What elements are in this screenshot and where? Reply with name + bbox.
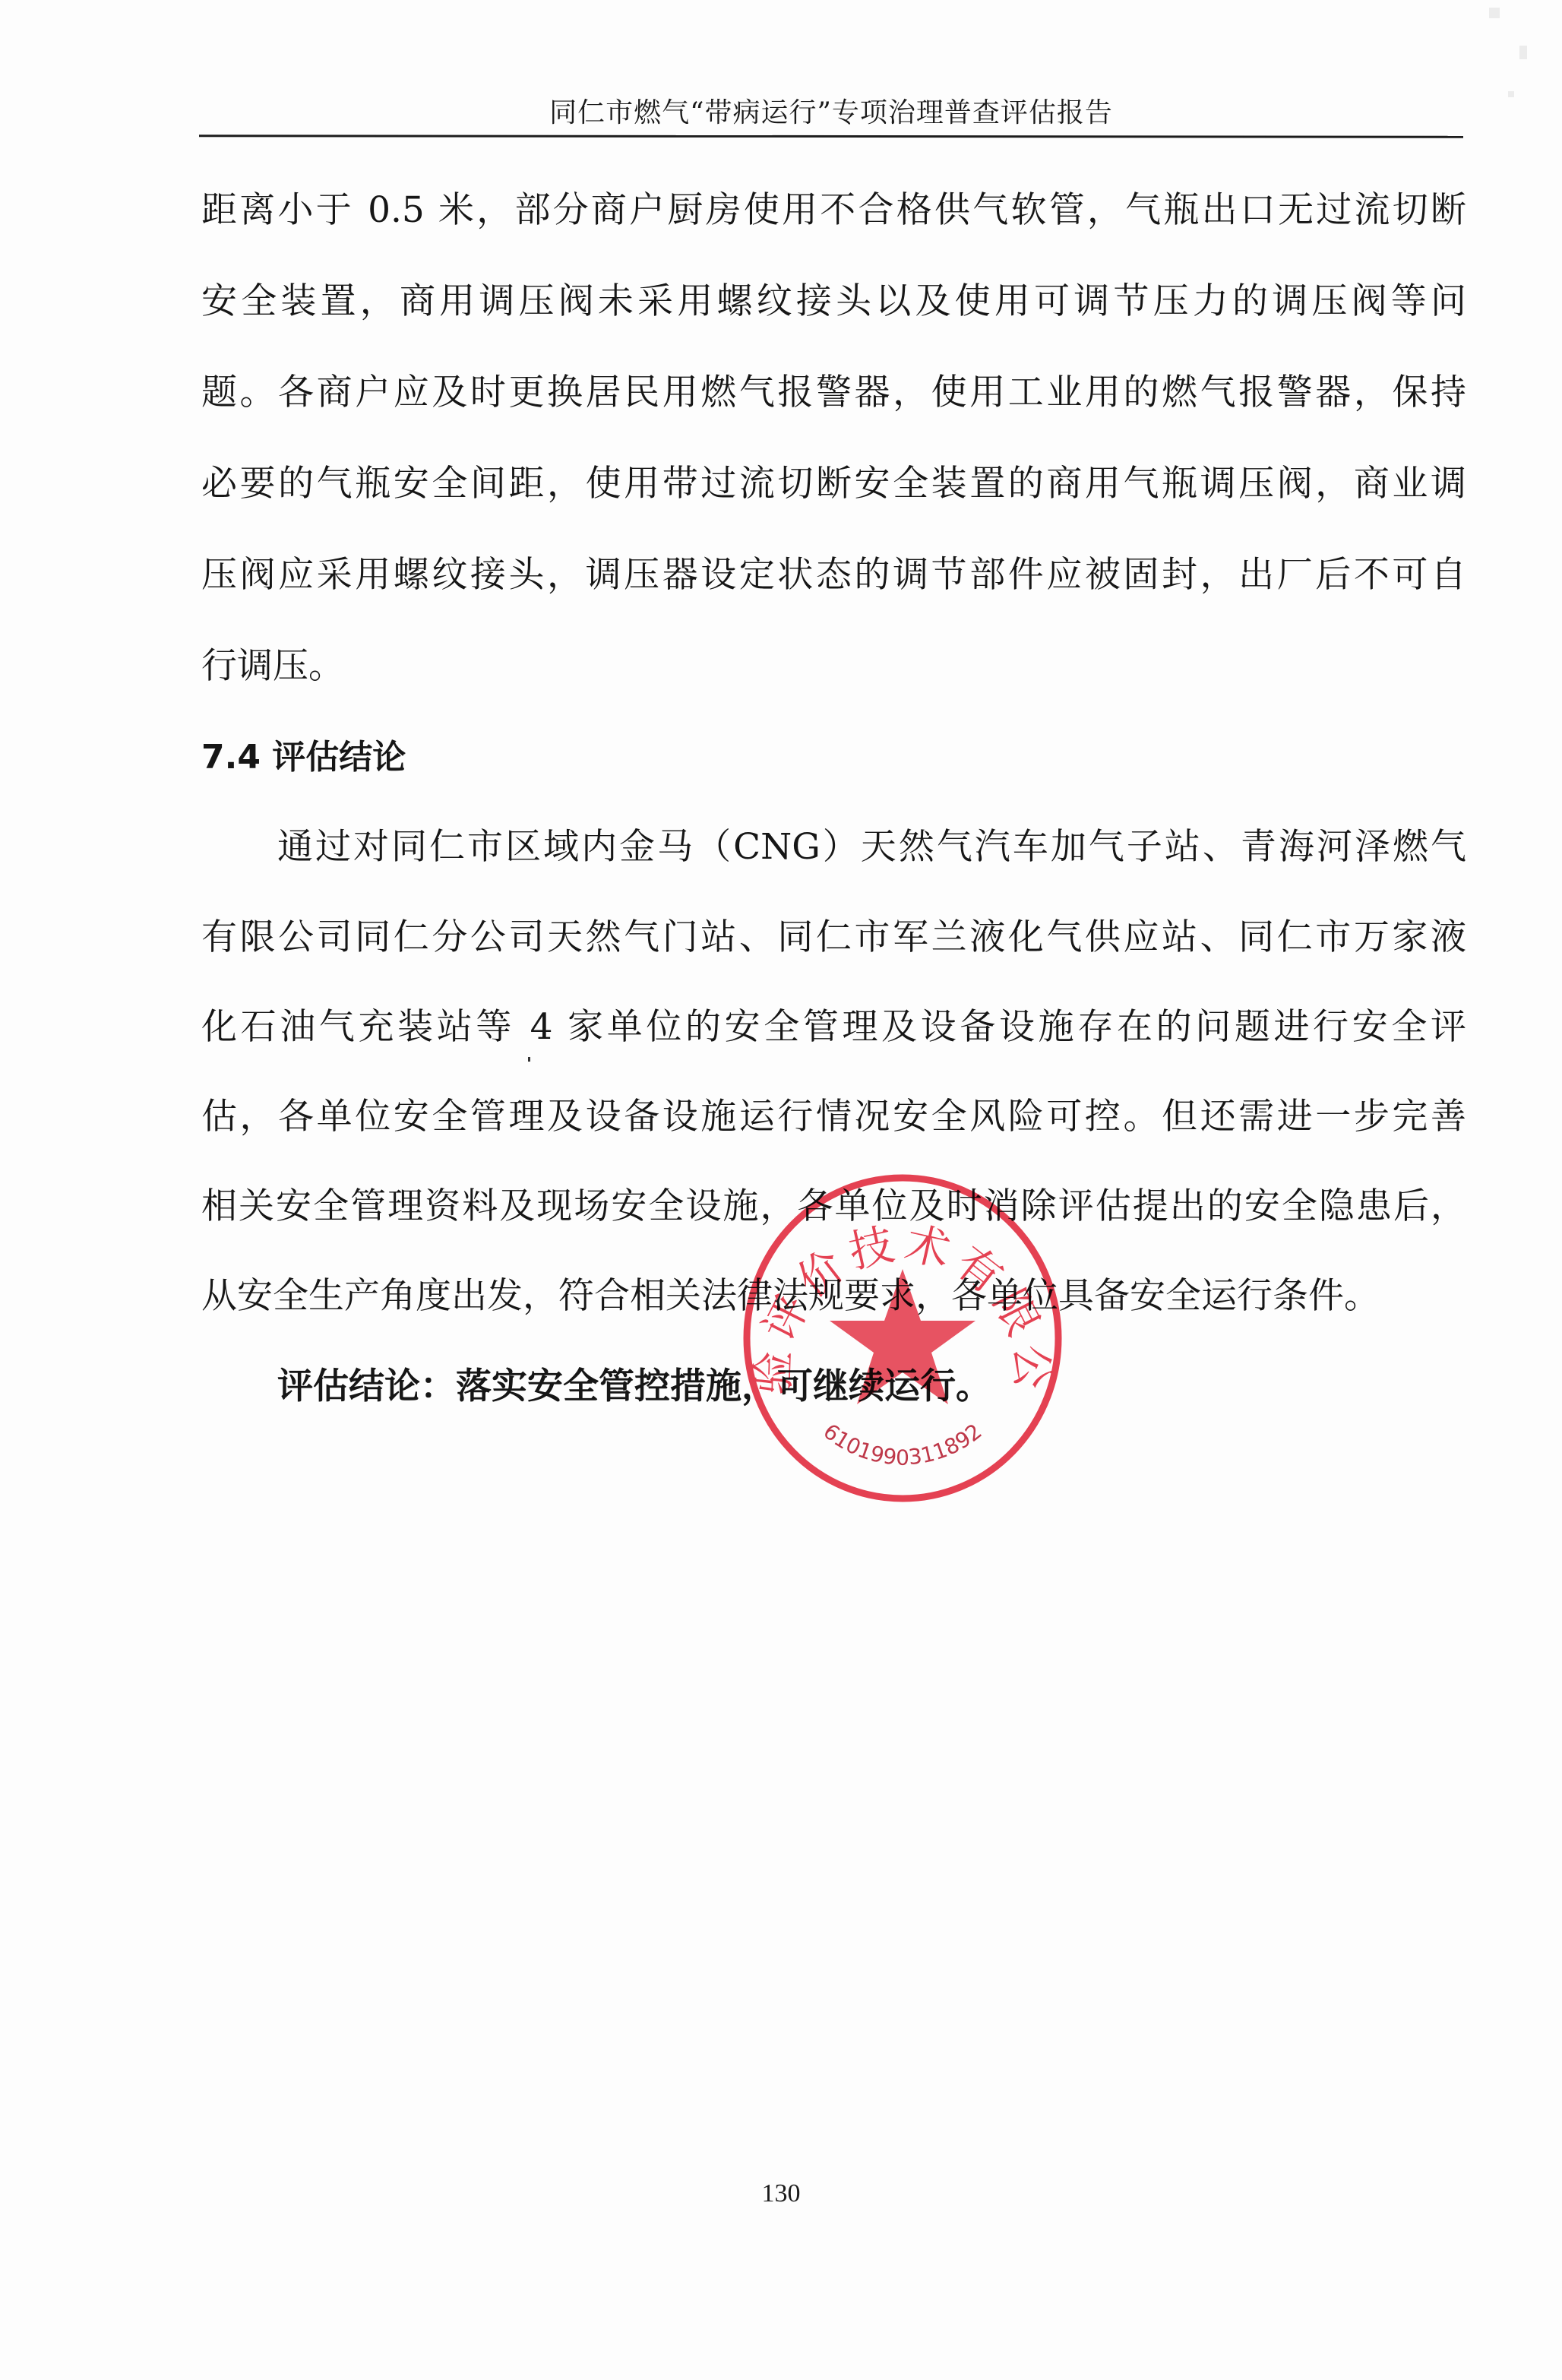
body-text-line: 化石油气充装站等 4 家单位的安全管理及设备设施存在的问题进行安全评 (201, 1003, 1466, 1052)
running-header-title: 同仁市燃气“带病运行”专项治理普查评估报告 (199, 91, 1463, 130)
body-text-line: 通过对同仁市区域内金马（CNG）天然气汽车加气子站、青海河泽燃气 (277, 823, 1466, 872)
body-text-line: 有限公司同仁分公司天然气门站、同仁市军兰液化气供应站、同仁市万家液 (201, 913, 1466, 962)
body-text-line: 距离小于 0.5 米，部分商户厨房使用不合格供气软管，气瓶出口无过流切断 (201, 186, 1466, 235)
company-seal-stamp: 中验评价技术有限公司 6101990311892 (738, 1172, 1067, 1505)
body-text-line: 行调压。 (201, 642, 1466, 691)
page-number: 130 (0, 2179, 1562, 2208)
scan-speck (1519, 46, 1527, 59)
body-text-line: 压阀应采用螺纹接头，调压器设定状态的调节部件应被固封，出厂后不可自 (201, 551, 1466, 600)
document-page: 同仁市燃气“带病运行”专项治理普查评估报告 距离小于 0.5 米，部分商户厨房使… (0, 0, 1562, 2380)
stamp-number: 6101990311892 (818, 1419, 986, 1470)
body-text-line: 必要的气瓶安全间距，使用带过流切断安全装置的商用气瓶调压阀，商业调 (201, 460, 1466, 508)
scan-speck (1508, 91, 1514, 97)
scan-speck (1489, 8, 1500, 18)
header-divider (199, 135, 1463, 138)
star-icon (830, 1269, 975, 1404)
section-heading: 7.4 评估结论 (201, 733, 406, 782)
body-text-line: 题。各商户应及时更换居民用燃气报警器，使用工业用的燃气报警器，保持 (201, 369, 1466, 417)
body-text-line: 安全装置，商用调压阀未采用螺纹接头以及使用可调节压力的调压阀等问 (201, 277, 1466, 326)
scan-mark (528, 1057, 530, 1062)
body-text-line: 估，各单位安全管理及设备设施运行情况安全风险可控。但还需进一步完善 (201, 1093, 1466, 1141)
